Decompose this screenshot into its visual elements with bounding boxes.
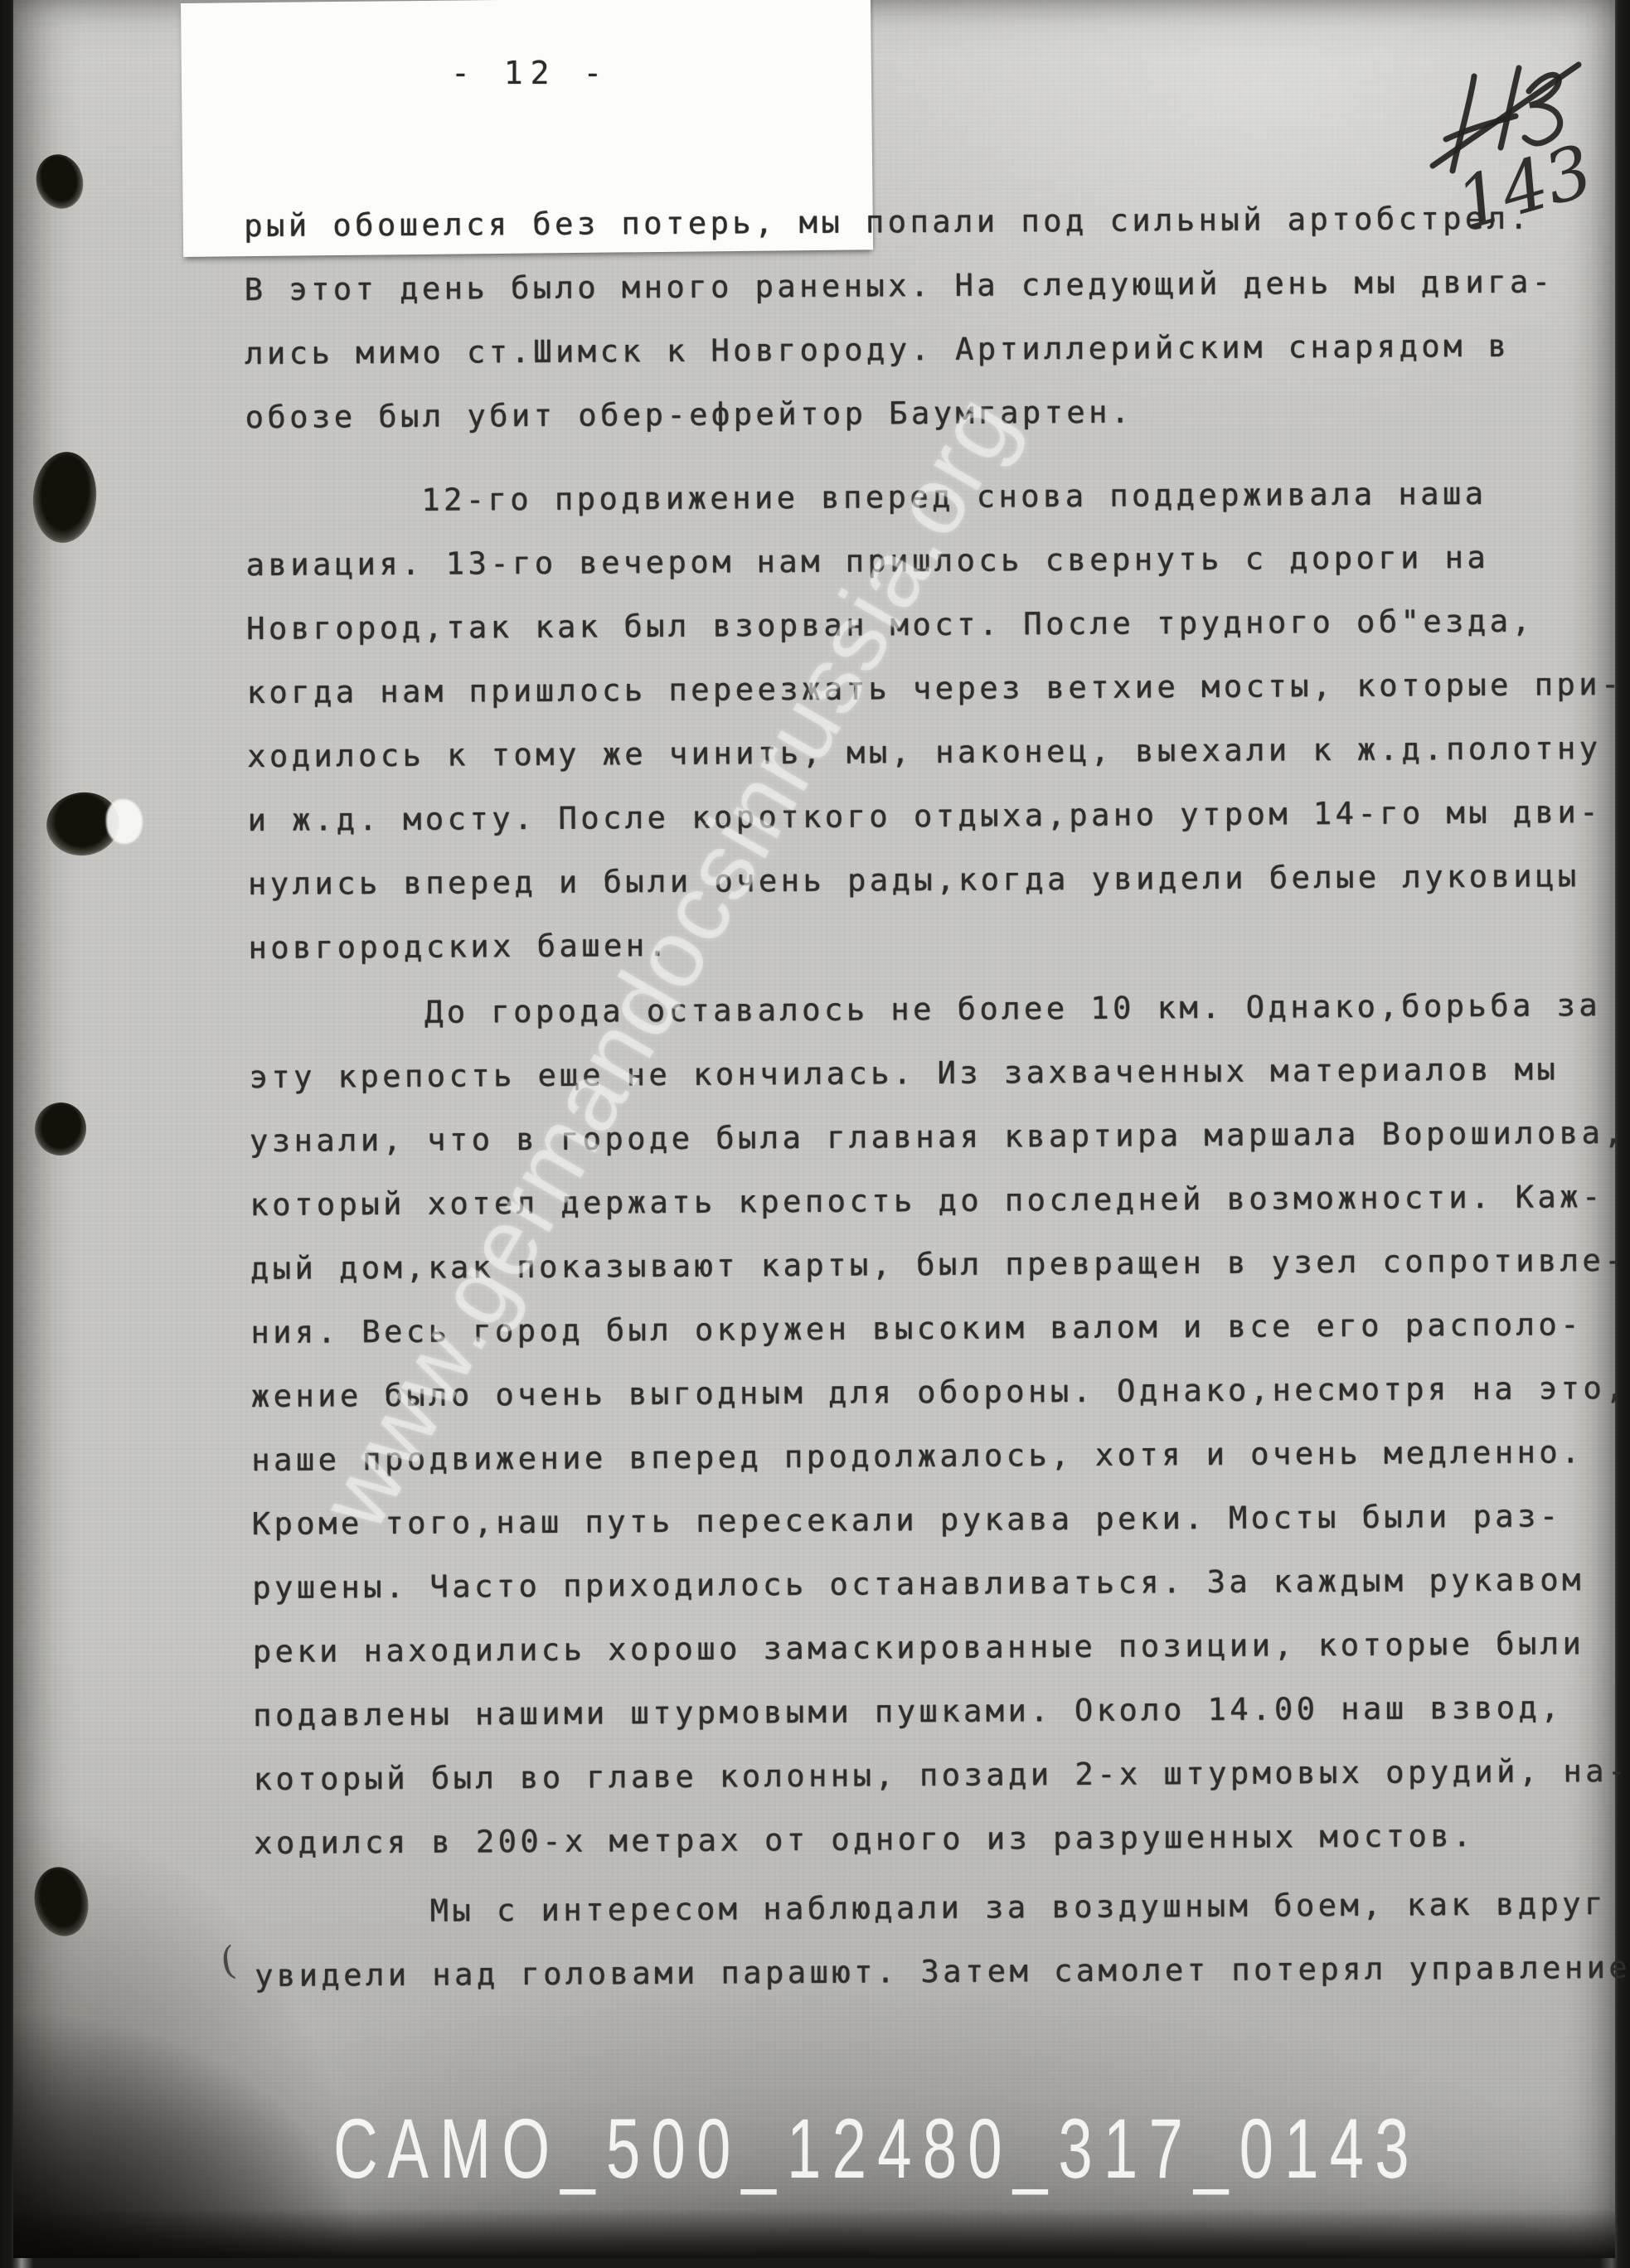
bottom-edge-shadow <box>13 2208 1615 2258</box>
archive-reference-code: САМО_500_12480_317_0143 <box>333 2101 1420 2198</box>
punch-hole <box>30 149 89 214</box>
paper-sheet: - 12 - 143 рый обошелся без потерь, мы п… <box>13 0 1615 2258</box>
punch-hole <box>31 1098 90 1160</box>
paper-tear-spot <box>106 799 143 844</box>
stray-pen-mark: ( <box>217 1937 238 1984</box>
page-number: - 12 - <box>451 55 609 91</box>
paragraph: Мы с интересом наблюдали за воздушным бо… <box>254 1872 1630 2008</box>
corner-shadow <box>13 2009 361 2258</box>
handwritten-scribble <box>1453 76 1474 171</box>
paragraph: рый обошелся без потерь, мы попали под с… <box>244 186 1630 449</box>
typed-text-block: рый обошелся без потерь, мы попали под с… <box>244 186 1630 2008</box>
punch-hole <box>29 449 99 545</box>
punch-hole <box>28 1862 95 1941</box>
paragraph: До города оставалось не более 10 км. Одн… <box>249 973 1630 1875</box>
paragraph: 12-го продвижение вперед снова поддержив… <box>245 461 1630 980</box>
handwritten-scribble <box>1525 75 1560 143</box>
scanned-document-page: - 12 - 143 рый обошелся без потерь, мы п… <box>0 0 1630 2268</box>
